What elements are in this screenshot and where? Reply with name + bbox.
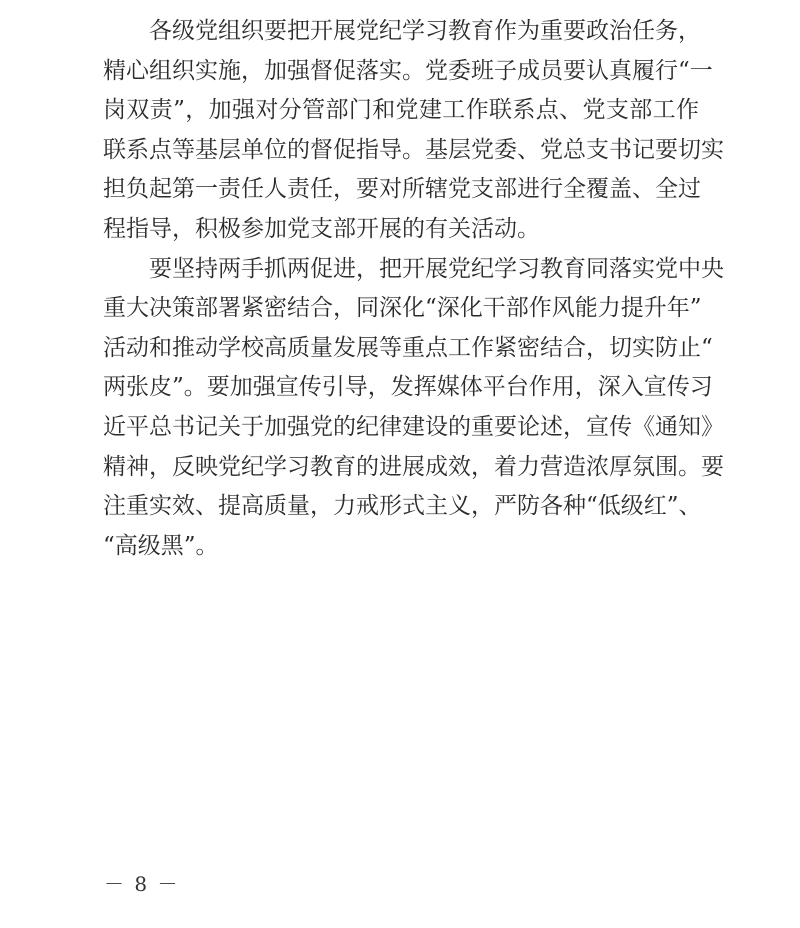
text-line: 活动和推动学校高质量发展等重点工作紧密结合，切实防止“	[103, 329, 699, 369]
text-line: 近平总书记关于加强党的纪律建设的重要论述，宣传《通知》	[103, 408, 699, 448]
text-line: 重大决策部署紧密结合，同深化“深化干部作风能力提升年”	[103, 289, 699, 329]
text-line: 精心组织实施，加强督促落实。党委班子成员要认真履行“一	[103, 52, 699, 92]
text-line: 两张皮”。要加强宣传引导，发挥媒体平台作用，深入宣传习	[103, 368, 699, 408]
text-line: 各级党组织要把开展党纪学习教育作为重要政治任务，	[103, 12, 699, 52]
text-line: “高级黑”。	[103, 527, 699, 567]
text-line: 程指导，积极参加党支部开展的有关活动。	[103, 210, 699, 250]
text-line: 岗双责”，加强对分管部门和党建工作联系点、党支部工作	[103, 91, 699, 131]
document-page: 各级党组织要把开展党纪学习教育作为重要政治任务， 精心组织实施，加强督促落实。党…	[0, 0, 800, 928]
text-line: 要坚持两手抓两促进，把开展党纪学习教育同落实党中央	[103, 250, 699, 290]
body-text: 各级党组织要把开展党纪学习教育作为重要政治任务， 精心组织实施，加强督促落实。党…	[103, 12, 699, 566]
paragraph-1: 各级党组织要把开展党纪学习教育作为重要政治任务， 精心组织实施，加强督促落实。党…	[103, 12, 699, 250]
text-line: 注重实效、提高质量，力戒形式主义，严防各种“低级红”、	[103, 487, 699, 527]
paragraph-2: 要坚持两手抓两促进，把开展党纪学习教育同落实党中央 重大决策部署紧密结合，同深化…	[103, 250, 699, 567]
page-number: － 8 －	[104, 868, 179, 897]
text-line: 联系点等基层单位的督促指导。基层党委、党总支书记要切实	[103, 131, 699, 171]
text-line: 担负起第一责任人责任，要对所辖党支部进行全覆盖、全过	[103, 170, 699, 210]
text-line: 精神，反映党纪学习教育的进展成效，着力营造浓厚氛围。要	[103, 448, 699, 488]
